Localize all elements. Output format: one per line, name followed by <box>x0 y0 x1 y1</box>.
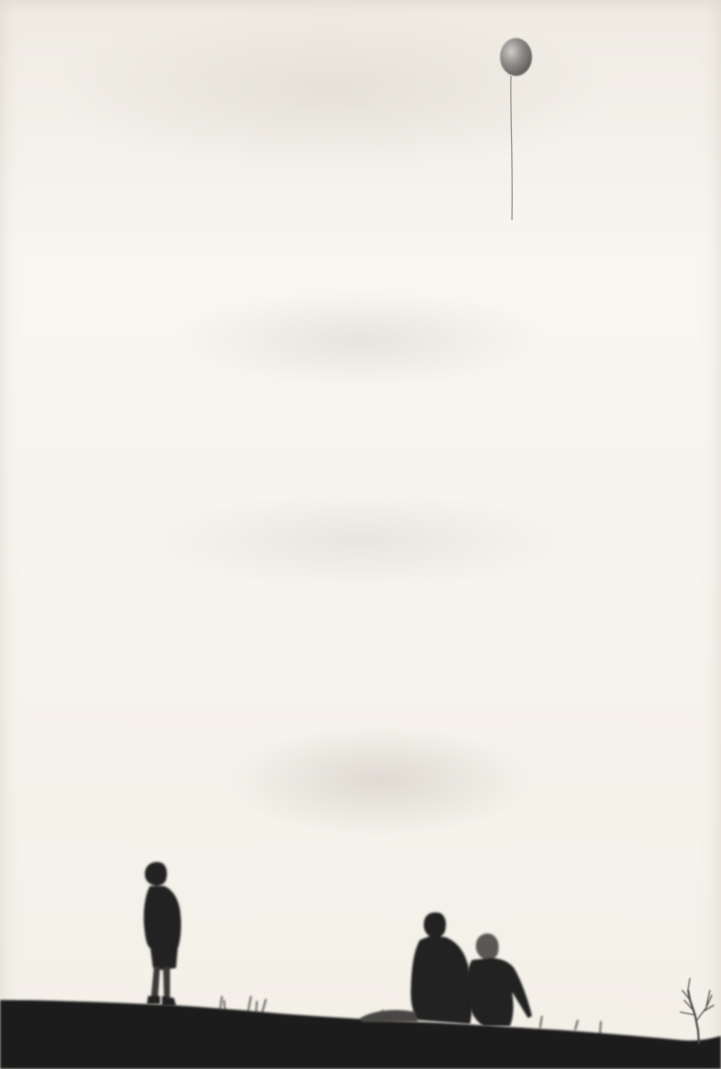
child-crouching <box>466 933 532 1026</box>
balloon <box>500 38 532 220</box>
child-standing <box>144 862 181 1006</box>
bare-tree <box>680 978 714 1044</box>
photograph <box>0 0 721 1069</box>
child-kneeling <box>360 912 472 1024</box>
scene <box>0 0 721 1069</box>
balloon-string <box>511 76 512 220</box>
hillside <box>0 996 721 1069</box>
balloon-body <box>500 38 532 76</box>
